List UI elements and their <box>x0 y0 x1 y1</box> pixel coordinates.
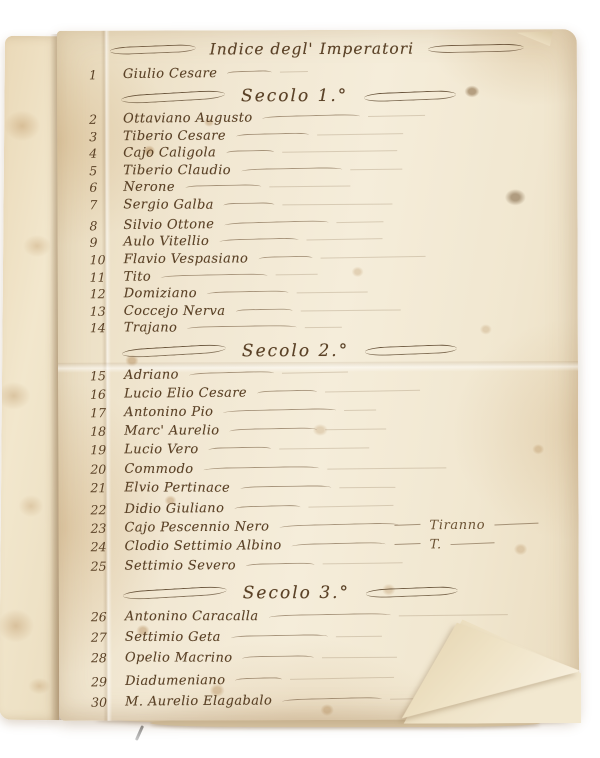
entry-name: Lucio Vero <box>124 443 198 458</box>
guide-line <box>368 115 425 120</box>
dash-line <box>226 150 274 156</box>
dash-line <box>219 238 298 245</box>
entry-number: 20 <box>88 462 116 477</box>
entry-number: 23 <box>88 521 116 536</box>
dash-line <box>224 203 275 209</box>
dash-line <box>268 613 390 620</box>
dash-line <box>235 677 282 683</box>
entry-number: 27 <box>89 630 117 645</box>
dash-line <box>207 291 289 298</box>
entry-name: Didio Giuliano <box>124 501 224 517</box>
list-item: 11Tito <box>88 266 578 285</box>
list-item: 5Tiberio Claudio <box>87 161 577 179</box>
section-title: Secolo 2.° <box>242 341 349 361</box>
dash-line <box>223 408 336 416</box>
entry-number: 2 <box>87 112 115 127</box>
guide-line <box>300 309 400 314</box>
dash-line <box>258 256 312 262</box>
guide-line <box>325 389 420 395</box>
entry-name: Settimio Geta <box>125 630 221 645</box>
entry-number: 11 <box>88 269 116 284</box>
entry-name: Giulio Cesare <box>123 66 218 82</box>
entry-number: 9 <box>87 235 115 250</box>
guide-line <box>325 428 386 433</box>
page-content: Indice degl' Imperatori 1Giulio CesareSe… <box>57 29 579 721</box>
guide-line <box>276 274 318 279</box>
section-heading: Secolo 3.° <box>89 579 579 607</box>
entry-number: 16 <box>88 387 116 402</box>
entry-number: 25 <box>89 558 117 573</box>
dash-line <box>227 70 272 76</box>
entry-name: Aulo Vitellio <box>123 234 209 250</box>
dog-ear-corner: Ca: W <box>396 619 581 724</box>
dash-line <box>203 466 319 473</box>
dash-line <box>161 273 268 280</box>
guide-line <box>317 132 403 137</box>
dash-line <box>224 220 328 228</box>
section-heading: Secolo 1.° <box>87 82 577 110</box>
heading-flourish-right <box>366 586 458 599</box>
paper-sliver <box>135 725 144 741</box>
dash-line <box>292 542 386 549</box>
entry-number: 28 <box>89 650 117 665</box>
dash-line <box>234 505 300 512</box>
guide-line <box>323 562 403 567</box>
entry-name: Adriano <box>124 367 179 383</box>
dash-line <box>187 325 297 332</box>
entry-name: Trajano <box>124 321 177 336</box>
entry-number: 3 <box>87 129 115 144</box>
guide-line <box>322 656 397 661</box>
entry-name: Lucio Elio Cesare <box>124 386 247 402</box>
dash-line <box>257 390 317 397</box>
guide-line <box>336 221 383 226</box>
document-title: Indice degl' Imperatori <box>210 40 414 59</box>
tyrant-note: Tiranno <box>394 518 538 534</box>
list-item: 10Flavio Vespasiano <box>88 248 578 268</box>
guide-line <box>350 168 402 173</box>
guide-line <box>269 186 350 191</box>
list-item: 25Settimio Severo <box>89 555 579 576</box>
title-flourish-left <box>110 44 196 55</box>
list-item: 6Nerone <box>87 179 577 197</box>
entry-number: 1 <box>87 67 115 82</box>
entry-number: 26 <box>89 609 117 624</box>
entry-name: Settimio Severo <box>125 558 236 573</box>
entry-name: Elvio Pertinace <box>124 480 230 495</box>
entry-name: Tiberio Claudio <box>123 163 231 178</box>
entry-number: 29 <box>89 674 117 689</box>
dash-line <box>235 308 292 314</box>
dash-line <box>185 185 261 191</box>
guide-line <box>290 676 394 682</box>
guide-line <box>328 467 447 472</box>
entry-number: 22 <box>88 502 116 517</box>
entry-number: 8 <box>87 218 115 233</box>
dash-line <box>279 523 398 531</box>
entry-name: Silvio Ottone <box>123 217 214 233</box>
list-item: 20Commodo <box>88 459 578 479</box>
entry-name: Antonino Pio <box>124 405 213 420</box>
guide-line <box>280 71 308 76</box>
dash-line <box>236 132 309 139</box>
dash-line <box>242 655 314 661</box>
entry-number: 12 <box>88 286 116 301</box>
entry-number: 7 <box>87 198 115 213</box>
guide-line <box>336 635 382 639</box>
guide-line <box>283 203 393 208</box>
list-item: 17Antonino Pio <box>88 401 578 423</box>
heading-flourish-right <box>365 344 457 357</box>
heading-flourish-left <box>122 344 226 359</box>
guide-line <box>398 613 507 618</box>
list-item: 4Cajo Caligola <box>87 143 577 162</box>
list-item: 12Domiziano <box>88 285 578 303</box>
guide-line <box>339 486 395 490</box>
entry-name: Cajo Caligola <box>123 146 216 161</box>
dash-line <box>189 371 274 378</box>
section-heading: Secolo 2.° <box>88 337 578 365</box>
guide-line <box>344 409 376 414</box>
manuscript-page: Indice degl' Imperatori 1Giulio CesareSe… <box>57 29 579 721</box>
dash-line <box>229 428 317 435</box>
entry-name: Marc' Aurelio <box>124 424 219 439</box>
entry-name: Commodo <box>124 462 193 477</box>
dash-line <box>209 447 272 453</box>
entry-name: Cajo Pescennio Nero <box>124 520 269 536</box>
guide-line <box>282 150 397 156</box>
entry-number: 19 <box>88 443 116 458</box>
guide-line <box>280 447 370 452</box>
dash-line <box>282 696 382 704</box>
title-row: Indice degl' Imperatori <box>87 35 577 63</box>
dash-line <box>231 634 328 641</box>
entry-number: 21 <box>88 480 116 495</box>
entry-number: 15 <box>88 368 116 383</box>
guide-line <box>282 371 348 376</box>
entry-number: 30 <box>89 694 117 709</box>
entry-name: Diadumeniano <box>125 673 225 689</box>
dash-line <box>246 562 315 568</box>
entry-number: 6 <box>87 180 115 195</box>
dog-ear-fold <box>396 619 581 724</box>
guide-line <box>297 291 368 296</box>
title-flourish-right <box>428 43 524 53</box>
dog-ear-fold-shadow <box>396 619 581 724</box>
guide-line <box>320 255 425 261</box>
guide-line <box>306 238 382 243</box>
photo-background: Indice degl' Imperatori 1Giulio CesareSe… <box>0 0 600 758</box>
entry-number: 13 <box>88 304 116 319</box>
dash-line <box>262 114 360 121</box>
heading-flourish-right <box>364 89 456 102</box>
list-item: 13Coccejo Nerva <box>88 302 578 320</box>
list-item: 18Marc' Aurelio <box>88 420 578 441</box>
entry-name: Ottaviano Augusto <box>123 111 253 127</box>
entry-number: 18 <box>88 424 116 439</box>
entry-number: 24 <box>89 540 117 555</box>
list-item: 14Trajano <box>88 319 578 338</box>
dash-line <box>240 485 331 491</box>
tyrant-note: T. <box>395 538 495 554</box>
list-item: 3Tiberio Cesare <box>87 125 577 145</box>
entry-name: Opelio Macrino <box>125 650 233 665</box>
entry-name: Tito <box>124 269 152 284</box>
entry-number: 5 <box>87 163 115 178</box>
entry-name: Sergio Galba <box>123 198 213 213</box>
entry-name: Nerone <box>123 180 175 195</box>
guide-line <box>305 327 342 331</box>
entry-name: Clodio Settimio Albino <box>125 539 282 555</box>
entry-number: 17 <box>88 405 116 420</box>
emperor-list: 1Giulio CesareSecolo 1.°2Ottaviano Augus… <box>87 61 579 711</box>
section-title: Secolo 3.° <box>243 583 350 603</box>
list-item: 19Lucio Vero <box>88 440 578 460</box>
list-item: 24Clodio Settimio AlbinoT. <box>89 535 579 557</box>
heading-flourish-left <box>123 586 227 601</box>
entry-name: Domiziano <box>124 286 197 301</box>
entry-number: 14 <box>88 321 116 336</box>
guide-line <box>308 505 393 511</box>
section-title: Secolo 1.° <box>241 86 348 106</box>
entry-name: Antonino Caracalla <box>125 609 259 624</box>
dash-line <box>241 167 342 174</box>
entry-name: Tiberio Cesare <box>123 128 226 144</box>
entry-name: M. Aurelio Elagabalo <box>125 693 272 709</box>
entry-number: 10 <box>88 252 116 267</box>
entry-number: 4 <box>87 146 115 161</box>
entry-name: Flavio Vespasiano <box>124 251 249 267</box>
entry-name: Coccejo Nerva <box>124 304 226 319</box>
heading-flourish-left <box>121 89 225 104</box>
